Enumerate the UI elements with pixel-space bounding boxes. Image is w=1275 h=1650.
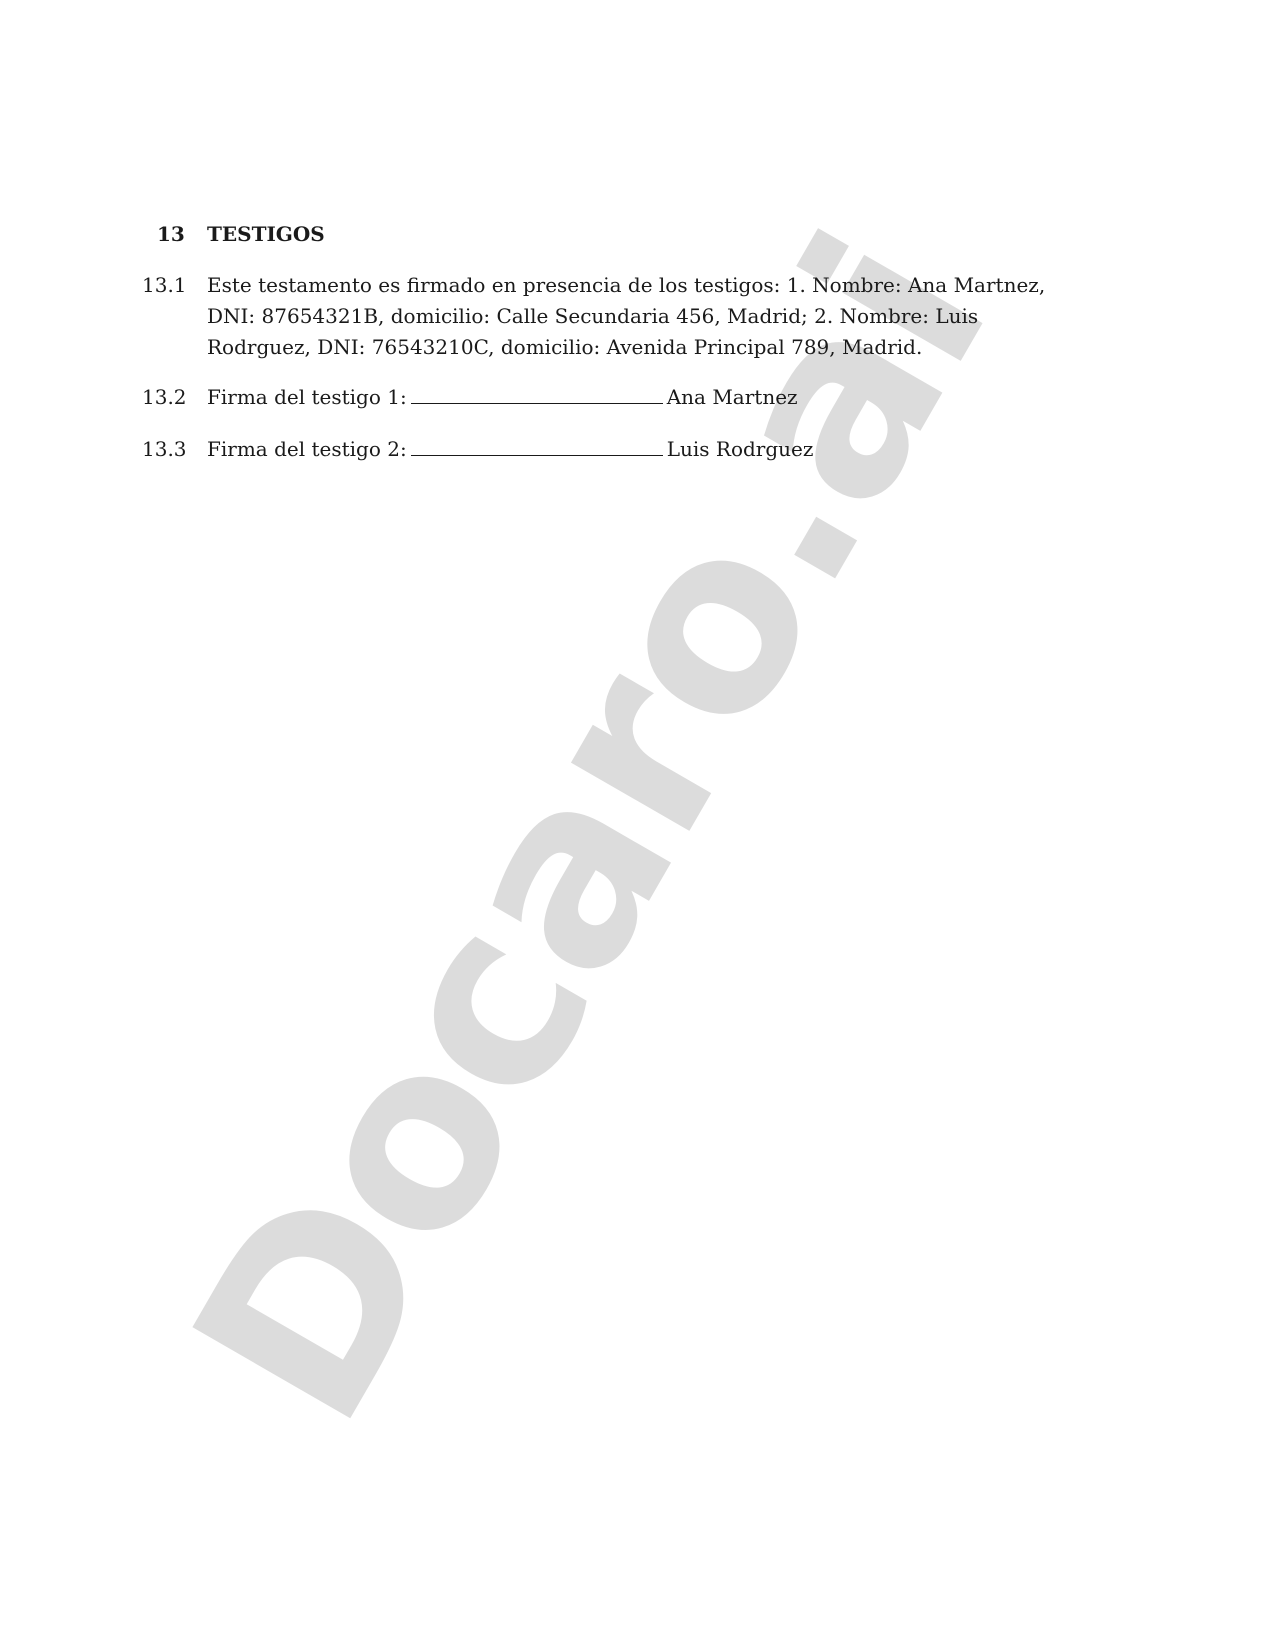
signature-row-witness-1: Firma del testigo 1:Ana Martnez bbox=[207, 382, 1067, 413]
signature-line bbox=[411, 437, 663, 456]
signature-line bbox=[411, 385, 663, 404]
witness-name: Luis Rodrguez bbox=[667, 437, 814, 461]
signature-row-witness-2: Firma del testigo 2:Luis Rodrguez bbox=[207, 434, 1067, 465]
signature-label: Firma del testigo 1: bbox=[207, 385, 407, 409]
witness-name: Ana Martnez bbox=[667, 385, 798, 409]
section-number: 13 bbox=[157, 222, 187, 246]
clause-text: Este testamento es firmado en presencia … bbox=[207, 270, 1067, 363]
clause-number: 13.1 bbox=[142, 270, 192, 301]
clause-number: 13.2 bbox=[142, 382, 192, 413]
clause-number: 13.3 bbox=[142, 434, 192, 465]
document-page: Docaro.ai 13 TESTIGOS 13.1 Este testamen… bbox=[0, 0, 1275, 1650]
signature-label: Firma del testigo 2: bbox=[207, 437, 407, 461]
section-title: TESTIGOS bbox=[207, 222, 325, 246]
